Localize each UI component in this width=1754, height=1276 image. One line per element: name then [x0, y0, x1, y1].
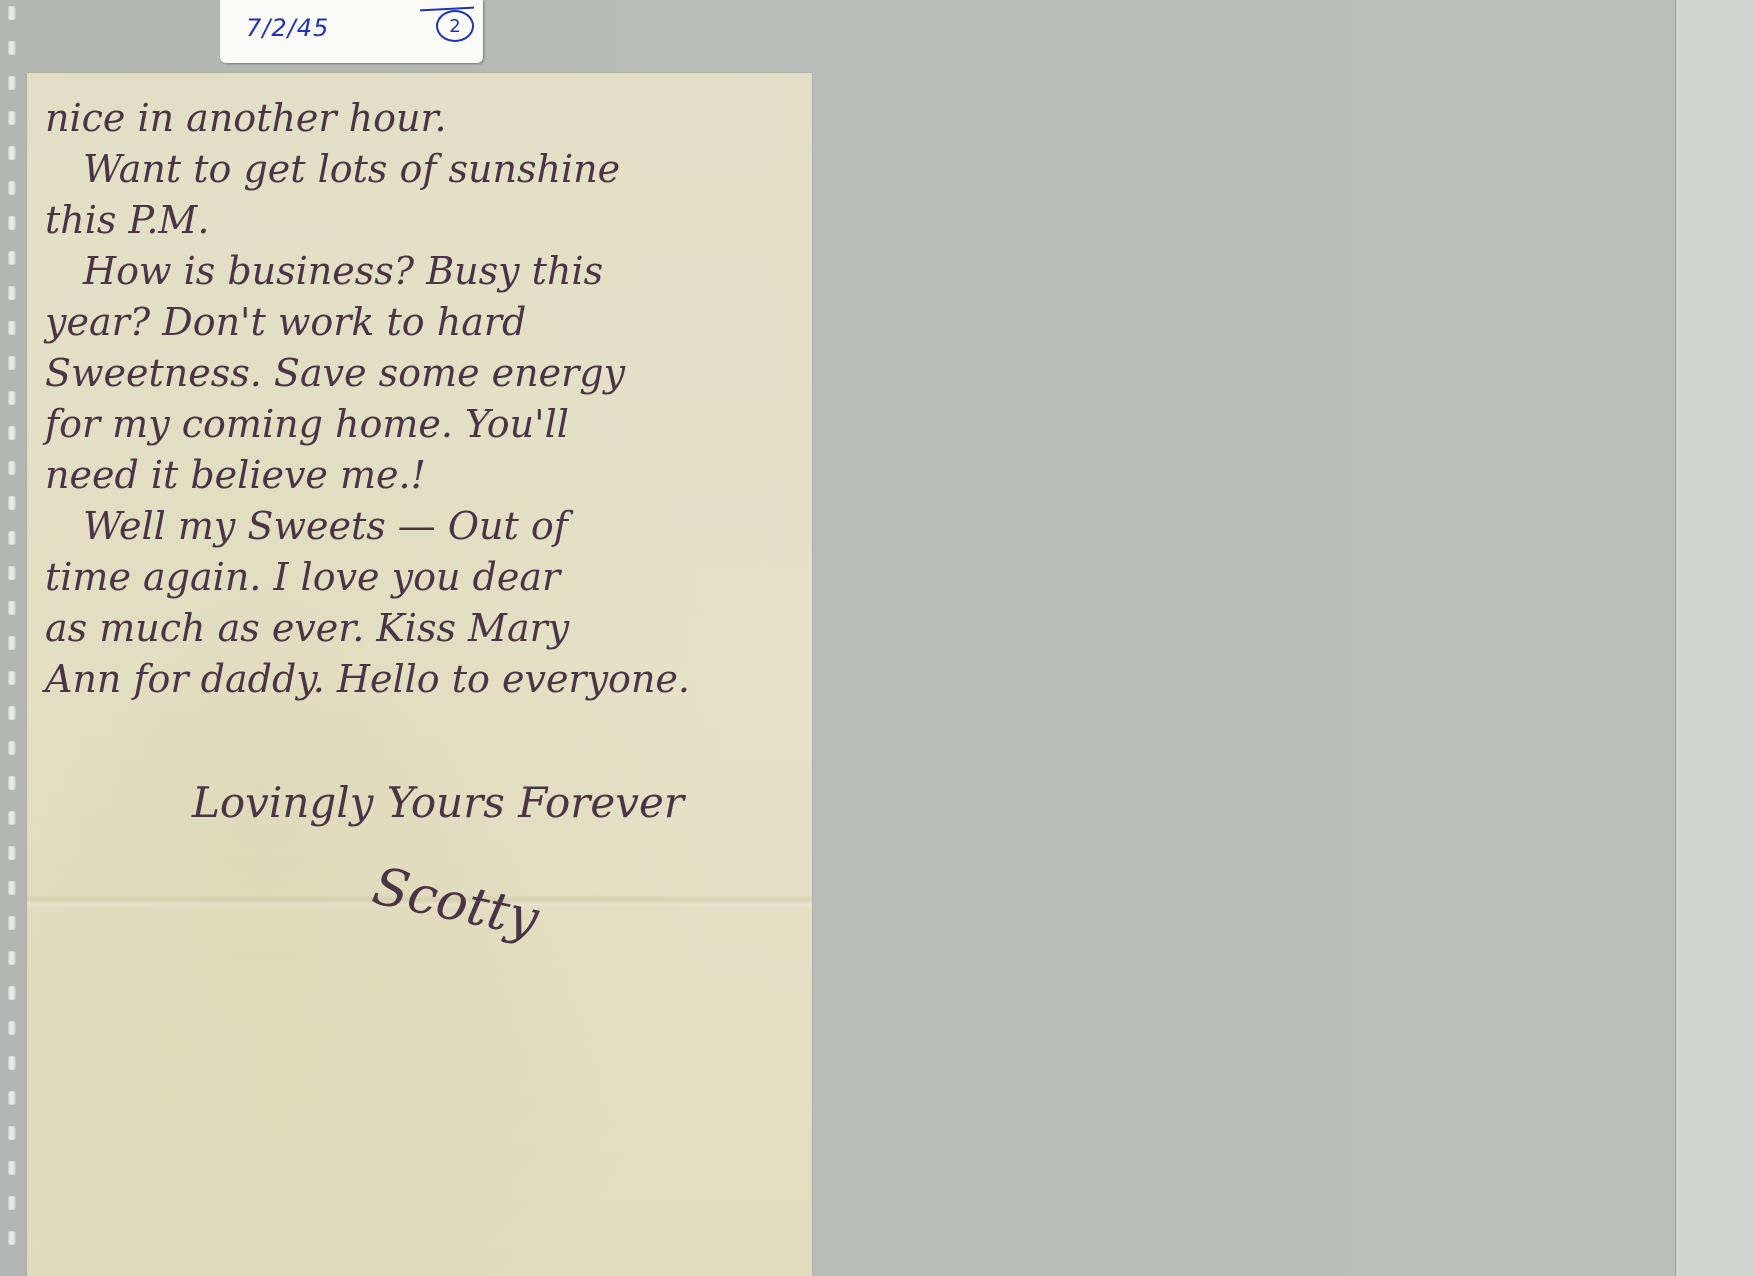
binder-hole [8, 356, 16, 370]
binder-hole [8, 846, 16, 860]
letter-line: year? Don't work to hard [45, 297, 805, 348]
binder-hole [8, 251, 16, 265]
binder-hole [8, 321, 16, 335]
binder-hole [8, 916, 16, 930]
letter-line: Want to get lots of sunshine [45, 144, 805, 195]
binder-hole [8, 1056, 16, 1070]
binder-hole [8, 216, 16, 230]
binder-hole [8, 741, 16, 755]
binder-hole [8, 1091, 16, 1105]
binder-hole [8, 181, 16, 195]
binder-hole [8, 461, 16, 475]
binder-hole [8, 951, 16, 965]
letter-line: for my coming home. You'll [45, 399, 805, 450]
letter-line: this P.M. [45, 195, 805, 246]
letter-body: nice in another hour. Want to get lots o… [45, 93, 805, 705]
binder-hole [8, 1021, 16, 1035]
sleeve-edge-strip [1675, 0, 1754, 1276]
letter-line: Ann for daddy. Hello to everyone. [45, 654, 805, 705]
binder-hole [8, 811, 16, 825]
binder-hole [8, 76, 16, 90]
letter-line: nice in another hour. [45, 93, 805, 144]
binder-hole [8, 391, 16, 405]
binder-hole [8, 426, 16, 440]
binder-hole [8, 706, 16, 720]
binder-hole [8, 601, 16, 615]
binder-hole [8, 986, 16, 1000]
binder-hole [8, 671, 16, 685]
binder-hole [8, 531, 16, 545]
letter-line: time again. I love you dear [45, 552, 805, 603]
binder-hole [8, 146, 16, 160]
binder-hole [8, 881, 16, 895]
binder-hole [8, 566, 16, 580]
letter-line: as much as ever. Kiss Mary [45, 603, 805, 654]
binder-hole [8, 111, 16, 125]
binder-hole [8, 496, 16, 510]
binder-hole [8, 286, 16, 300]
letter-signature: Scotty [368, 856, 544, 949]
binder-hole [8, 776, 16, 790]
binder-hole [8, 1196, 16, 1210]
binder-hole [8, 41, 16, 55]
index-tab-label: 7/2/45 2 [220, 0, 483, 63]
tab-page-number: 2 [436, 10, 474, 42]
letter-page: nice in another hour. Want to get lots o… [27, 73, 812, 1276]
letter-line: Well my Sweets — Out of [45, 501, 805, 552]
letter-line: Sweetness. Save some energy [45, 348, 805, 399]
binder-hole [8, 636, 16, 650]
binder-hole [8, 1161, 16, 1175]
binder-holes [8, 6, 22, 1276]
letter-closing: Lovingly Yours Forever [192, 778, 684, 827]
binder-hole [8, 1126, 16, 1140]
letter-line: need it believe me.! [45, 450, 805, 501]
tab-date: 7/2/45 [246, 14, 329, 42]
binder-hole [8, 6, 16, 20]
binder-hole [8, 1231, 16, 1245]
letter-line: How is business? Busy this [45, 246, 805, 297]
